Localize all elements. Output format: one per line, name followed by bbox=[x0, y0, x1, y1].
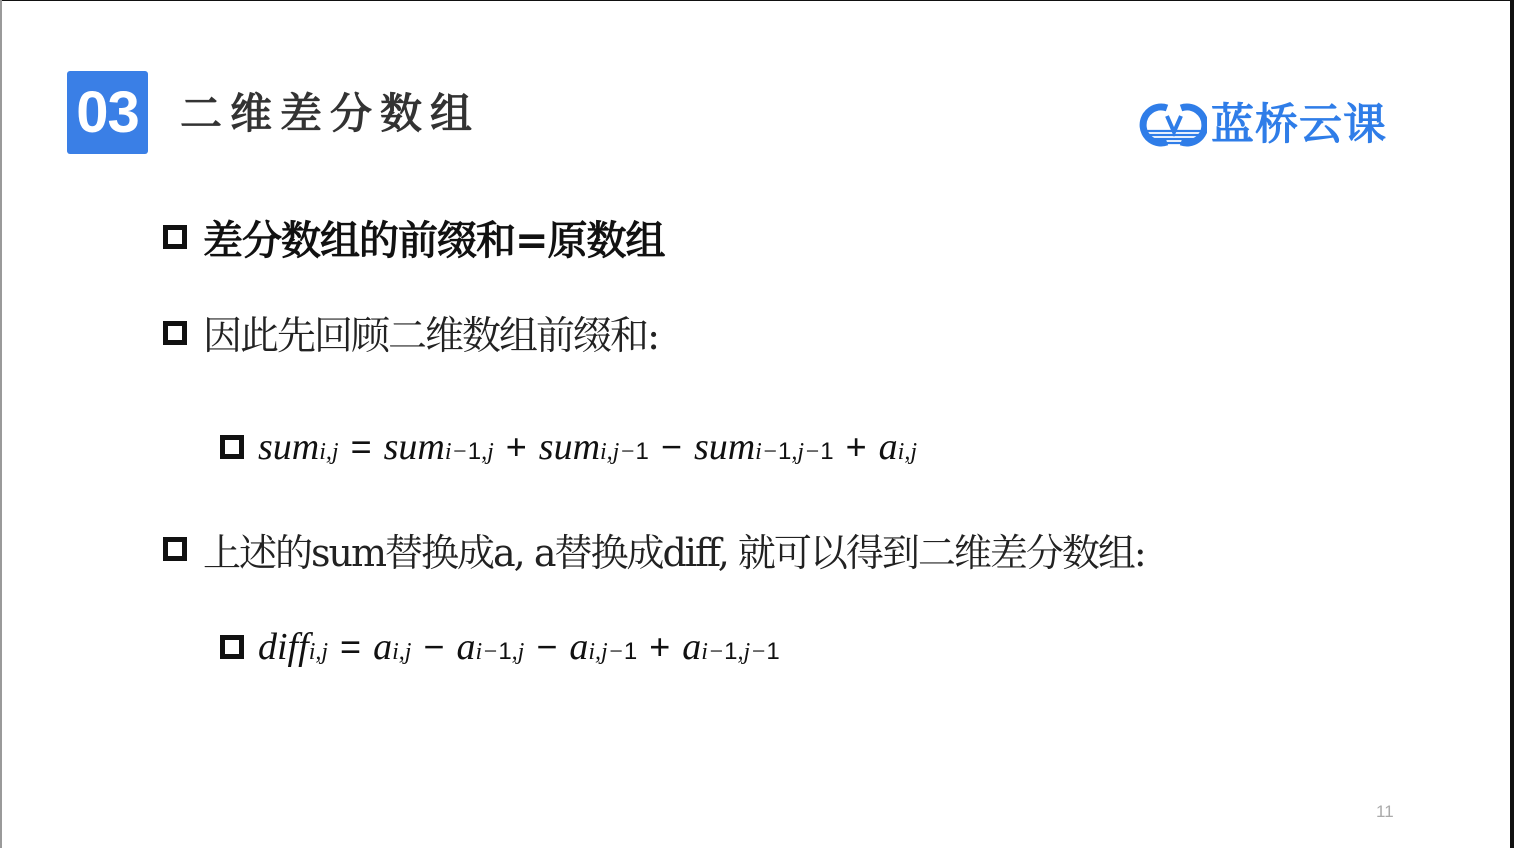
math-formula: sumi,j = sumi−1,j + sumi,j−1 − sumi−1,j−… bbox=[258, 425, 917, 469]
formula-prefix-sum: sumi,j = sumi−1,j + sumi,j−1 − sumi−1,j−… bbox=[220, 420, 917, 474]
checkbox-bullet-icon bbox=[163, 321, 187, 345]
brand-logo: 蓝桥云课 bbox=[1137, 98, 1387, 152]
frame-top-border bbox=[0, 0, 1514, 1]
brand-name: 蓝桥云课 bbox=[1211, 98, 1387, 152]
math-formula: diffi,j = ai,j − ai−1,j − ai,j−1 + ai−1,… bbox=[258, 625, 780, 669]
bullet-text: 差分数组的前缀和=原数组 bbox=[203, 209, 665, 266]
bullet-item: 上述的sum替换成a, a替换成diff, 就可以得到二维差分数组: bbox=[163, 526, 1145, 572]
frame-left-border bbox=[0, 0, 2, 848]
checkbox-bullet-icon bbox=[220, 635, 244, 659]
lanqiao-logo-icon bbox=[1137, 98, 1207, 152]
checkbox-bullet-icon bbox=[163, 225, 187, 249]
checkbox-bullet-icon bbox=[163, 537, 187, 561]
bullet-text: 因此先回顾二维数组前缀和: bbox=[203, 305, 658, 361]
bullet-item: 差分数组的前缀和=原数组 bbox=[163, 214, 665, 260]
bullet-item: 因此先回顾二维数组前缀和: bbox=[163, 310, 658, 356]
page-number: 11 bbox=[1376, 802, 1394, 822]
frame-right-border bbox=[1510, 0, 1514, 848]
checkbox-bullet-icon bbox=[220, 435, 244, 459]
section-title: 二维差分数组 bbox=[180, 86, 480, 142]
section-number-badge: 03 bbox=[67, 71, 148, 154]
formula-diff: diffi,j = ai,j − ai−1,j − ai,j−1 + ai−1,… bbox=[220, 620, 780, 674]
bullet-text: 上述的sum替换成a, a替换成diff, 就可以得到二维差分数组: bbox=[203, 522, 1145, 577]
